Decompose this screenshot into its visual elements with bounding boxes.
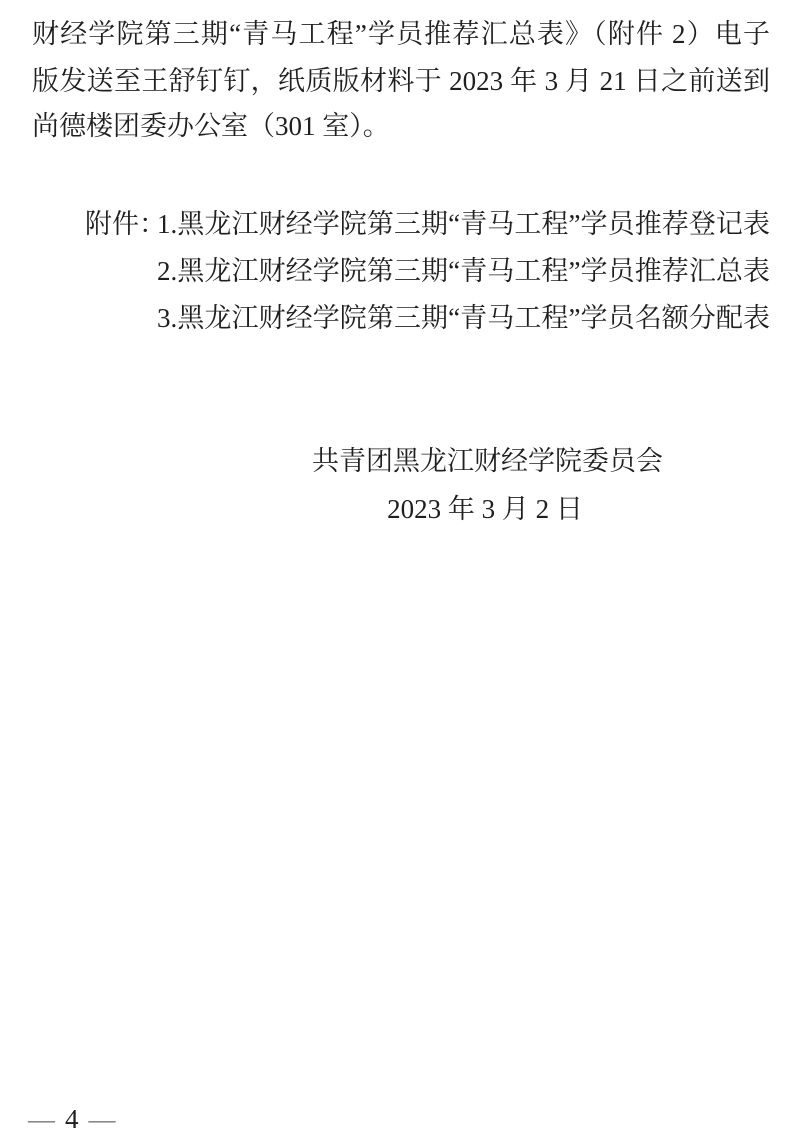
signature-date: 2023 年 3 月 2 日 xyxy=(312,489,658,529)
attachments-label: 附件： xyxy=(85,202,157,247)
body-paragraph-line-2: 版发送至王舒钉钉，纸质版材料于 2023 年 3 月 21 日之前送到 xyxy=(32,59,770,104)
body-paragraph-line-3: 尚德楼团委办公室（301 室）。 xyxy=(32,104,390,149)
document-page: 财经学院第三期“青马工程”学员推荐汇总表》（附件 2）电子 版发送至王舒钉钉，纸… xyxy=(0,0,800,1147)
attachment-item-2: 2.黑龙江财经学院第三期“青马工程”学员推荐汇总表 xyxy=(157,249,770,294)
page-footer: — 4 — xyxy=(28,1103,116,1135)
attachment-item-1: 1.黑龙江财经学院第三期“青马工程”学员推荐登记表 xyxy=(157,209,770,239)
footer-page-number: 4 xyxy=(65,1103,79,1135)
attachments-line-1: 附件：1.黑龙江财经学院第三期“青马工程”学员推荐登记表 xyxy=(85,202,770,247)
attachment-item-3: 3.黑龙江财经学院第三期“青马工程”学员名额分配表 xyxy=(157,296,770,341)
footer-right-dash: — xyxy=(89,1103,116,1135)
body-paragraph-line-1: 财经学院第三期“青马工程”学员推荐汇总表》（附件 2）电子 xyxy=(32,12,770,57)
signature-organization: 共青团黑龙江财经学院委员会 xyxy=(312,441,663,481)
footer-left-dash: — xyxy=(28,1103,55,1135)
